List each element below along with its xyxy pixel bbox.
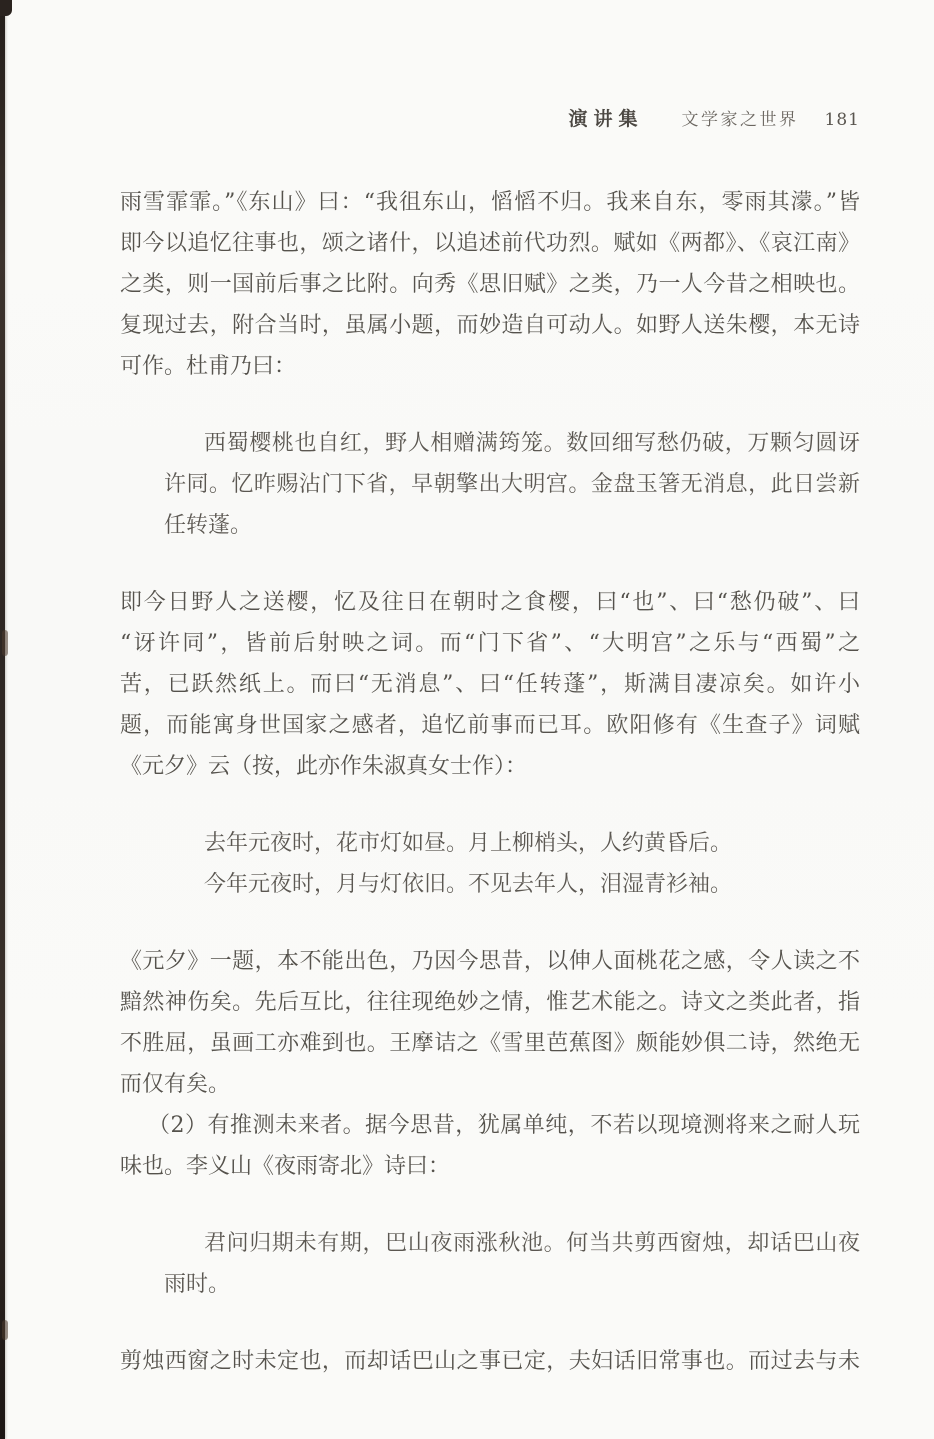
text-line: 题，而能寓身世国家之感者，追忆前事而已耳。欧阳修有《生查子》词赋 [120,705,860,746]
text-line: 黯然神伤矣。先后互比，往往现绝妙之情，惟艺术能之。诗文之类此者，指 [120,982,860,1023]
verse-line: 去年元夜时，花市灯如昼。月上柳梢头，人约黄昏后。 [164,823,860,864]
verse-line: 西蜀樱桃也自红，野人相赠满筠笼。数回细写愁仍破，万颗匀圆讶 [164,423,860,464]
text-line: 味也。李义山《夜雨寄北》诗曰： [120,1146,860,1187]
text-line: 即今日野人之送樱，忆及往日在朝时之食樱，曰“也”、曰“愁仍破”、曰 [120,582,860,623]
text-line: 剪烛西窗之时未定也，而却话巴山之事已定，夫妇话旧常事也。而过去与未来 [120,1341,860,1382]
text-line: 而仅有矣。 [120,1064,860,1105]
verse-line: 今年元夜时，月与灯依旧。不见去年人，泪湿青衫袖。 [164,864,860,905]
scan-smudge [2,1320,8,1340]
verse-line: 任转蓬。 [164,505,860,546]
text-line: 之类，则一国前后事之比附。向秀《思旧赋》之类，乃一人今昔之相映也。 [120,264,860,305]
text-line: 《元夕》一题，本不能出色，乃因今思昔，以伸人面桃花之感，令人读之不觉 [120,941,860,982]
running-head: 演讲集 文学家之世界 181 [120,104,860,131]
verse-line: 雨时。 [164,1264,860,1305]
verse-line: 许同。忆昨赐沾门下省，早朝擎出大明宫。金盘玉箸无消息，此日尝新 [164,464,860,505]
quoted-poem-yeyujibei: 君问归期未有期，巴山夜雨涨秋池。何当共剪西窗烛，却话巴山夜 雨时。 [120,1223,860,1305]
paragraph-2: 即今日野人之送樱，忆及往日在朝时之食樱，曰“也”、曰“愁仍破”、曰 “讶许同”，… [120,582,860,787]
text-line: 复现过去，附合当时，虽属小题，而妙造自可动人。如野人送朱樱，本无诗 [120,305,860,346]
scan-binding-edge [0,0,5,1439]
quoted-poem-yuanxi: 去年元夜时，花市灯如昼。月上柳梢头，人约黄昏后。 今年元夜时，月与灯依旧。不见去… [120,823,860,905]
section-title: 文学家之世界 [682,105,799,130]
text-line: 即今以追忆往事也，颂之诸什，以追述前代功烈。赋如《两都》、《哀江南》 [120,223,860,264]
paragraph-1: 雨雪霏霏。”《东山》曰：“我徂东山，慆慆不归。我来自东，零雨其濛。”皆 即今以追… [120,182,860,387]
text-line: 雨雪霏霏。”《东山》曰：“我徂东山，慆慆不归。我来自东，零雨其濛。”皆 [120,182,860,223]
text-line: 《元夕》云（按，此亦作朱淑真女士作）： [120,746,860,787]
page-body: 雨雪霏霏。”《东山》曰：“我徂东山，慆慆不归。我来自东，零雨其濛。”皆 即今以追… [120,182,860,1382]
quoted-poem-dufu: 西蜀樱桃也自红，野人相赠满筠笼。数回细写愁仍破，万颗匀圆讶 许同。忆昨赐沾门下省… [120,423,860,546]
paragraph-5: 剪烛西窗之时未定也，而却话巴山之事已定，夫妇话旧常事也。而过去与未来 [120,1341,860,1382]
paragraph-3: 《元夕》一题，本不能出色，乃因今思昔，以伸人面桃花之感，令人读之不觉 黯然神伤矣… [120,941,860,1105]
scan-corner-mark [0,0,12,16]
book-title: 演讲集 [569,104,644,131]
text-line: 苦，已跃然纸上。而曰“无消息”、曰“任转蓬”，斯满目凄凉矣。如许小 [120,664,860,705]
paragraph-4: （2）有推测未来者。据今思昔，犹属单纯，不若以现境测将来之耐人玩 味也。李义山《… [120,1105,860,1187]
text-line: 可作。杜甫乃曰： [120,346,860,387]
text-line: 不胜屈，虽画工亦难到也。王摩诘之《雪里芭蕉图》颇能妙俱二诗，然绝无 [120,1023,860,1064]
scanned-book-page: 演讲集 文学家之世界 181 雨雪霏霏。”《东山》曰：“我徂东山，慆慆不归。我来… [0,0,934,1439]
text-line: （2）有推测未来者。据今思昔，犹属单纯，不若以现境测将来之耐人玩 [120,1105,860,1146]
text-line: “讶许同”，皆前后射映之词。而“门下省”、“大明宫”之乐与“西蜀”之 [120,623,860,664]
scan-smudge [2,630,8,656]
page-number: 181 [825,110,860,130]
verse-line: 君问归期未有期，巴山夜雨涨秋池。何当共剪西窗烛，却话巴山夜 [164,1223,860,1264]
